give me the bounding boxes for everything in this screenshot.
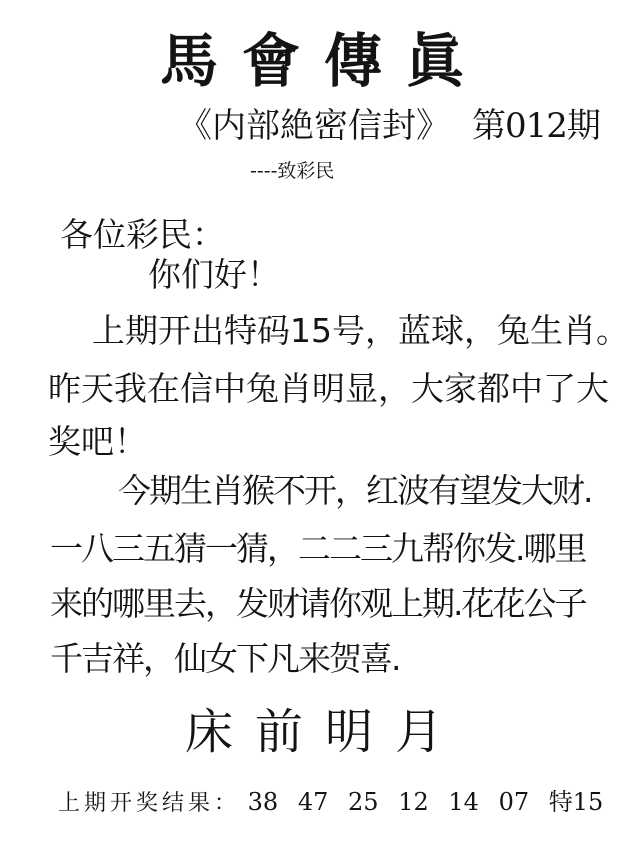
paragraph1-line: 上期开出特码15号，蓝球，兔生肖。 xyxy=(92,310,629,352)
result-number: 07 xyxy=(499,788,530,816)
paragraph2-line: 今期生肖猴不开，红波有望发大财. xyxy=(118,470,592,512)
poem-line: 床前明月 xyxy=(185,700,465,764)
result-number: 12 xyxy=(398,788,429,816)
paragraph2-line: 千吉祥，仙女下凡来贺喜. xyxy=(50,638,400,680)
envelope-label: 《内部絶密信封》 xyxy=(178,106,450,146)
result-number: 25 xyxy=(348,788,379,816)
hello-line: 你们好！ xyxy=(148,254,280,296)
paragraph2-line: 来的哪里去，发财请你观上期.花花公子 xyxy=(50,583,586,625)
paragraph1-line: 昨天我在信中兔肖明显，大家都中了大 xyxy=(48,368,609,410)
subtitle-line: 《内部絶密信封》第012期 xyxy=(178,104,600,148)
greeting: 各位彩民： xyxy=(60,214,225,256)
issue-number: 第012期 xyxy=(472,106,600,146)
previous-results: 上期开奖结果： 38 47 25 12 14 07 特15 xyxy=(58,784,603,822)
paragraph2-line: 一八三五猜一猜，二二三九帮你发.哪里 xyxy=(50,528,586,570)
document-title: 馬會傳眞 xyxy=(160,26,488,96)
special-number: 特15 xyxy=(549,788,604,816)
result-number: 47 xyxy=(298,788,329,816)
result-number: 14 xyxy=(448,788,479,816)
addressee: ----致彩民 xyxy=(250,158,334,184)
paragraph1-line: 奖吧！ xyxy=(48,421,147,463)
result-number: 38 xyxy=(248,788,279,816)
results-label: 上期开奖结果： xyxy=(58,791,240,816)
